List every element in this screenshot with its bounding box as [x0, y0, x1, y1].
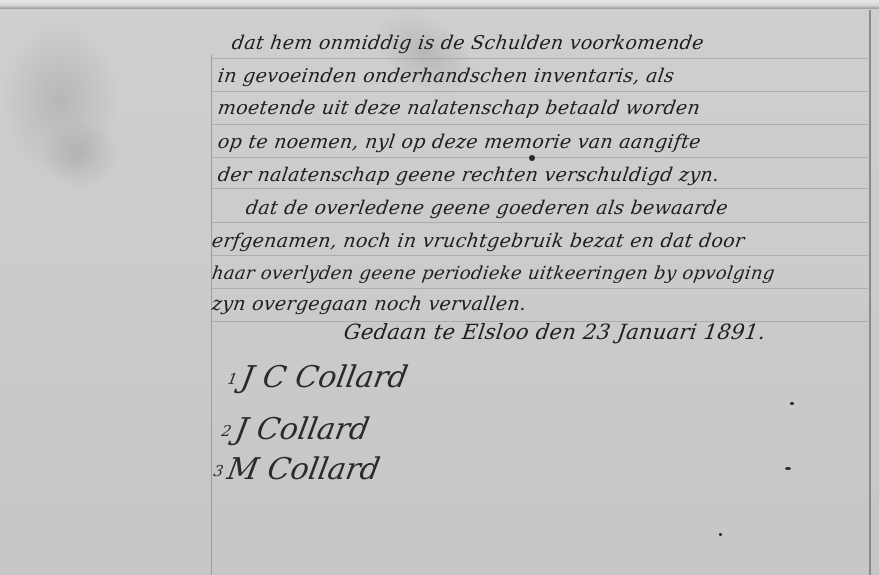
margin-line [211, 55, 212, 575]
ruled-line [212, 188, 868, 189]
signature-3: 3M Collard [211, 452, 383, 487]
ruled-line [212, 91, 868, 92]
ruled-line [212, 157, 868, 158]
signature-name: J C Collard [238, 360, 410, 395]
handwritten-line: dat de overledene geene goederen als bew… [244, 197, 729, 219]
handwritten-line: erfgenamen, noch in vruchtgebruik bezat … [210, 230, 746, 252]
handwritten-line: zyn overgegaan noch vervallen. [210, 293, 528, 315]
signature-name: M Collard [224, 452, 382, 487]
ruled-line [212, 255, 868, 256]
signature-1: 1J C Collard [225, 360, 410, 395]
handwritten-line: haar overlyden geene periodieke uitkeeri… [211, 263, 777, 284]
signature-number: 3 [212, 462, 225, 480]
document-page: dat hem onmiddig is de Schulden voorkome… [0, 0, 879, 575]
handwritten-line: moetende uit deze nalatenschap betaald w… [216, 97, 701, 119]
ink-speck [785, 467, 791, 470]
ruled-line [212, 124, 868, 125]
signature-2: 2J Collard [219, 412, 372, 447]
right-border-line [869, 10, 871, 575]
handwritten-line: op te noemen, nyl op deze memorie van aa… [216, 131, 702, 153]
ink-speck [529, 155, 535, 161]
signature-number: 2 [220, 422, 233, 440]
paper-stain [360, 0, 490, 111]
handwritten-line: dat hem onmiddig is de Schulden voorkome… [230, 32, 705, 54]
signature-name: J Collard [232, 412, 371, 447]
ruled-line [212, 58, 868, 59]
handwritten-line: der nalatenschap geene rechten verschuld… [216, 164, 720, 186]
ruled-line [212, 222, 868, 223]
ruled-line [212, 288, 868, 289]
signature-number: 1 [226, 370, 239, 388]
closing-line: Gedaan te Elsloo den 23 Januari 1891. [342, 320, 767, 344]
paper-stain [40, 120, 120, 190]
handwritten-line: in gevoeinden onderhandschen inventaris,… [216, 65, 675, 87]
page-top-edge [0, 0, 879, 9]
ink-speck [719, 533, 722, 536]
ink-speck [790, 402, 794, 405]
